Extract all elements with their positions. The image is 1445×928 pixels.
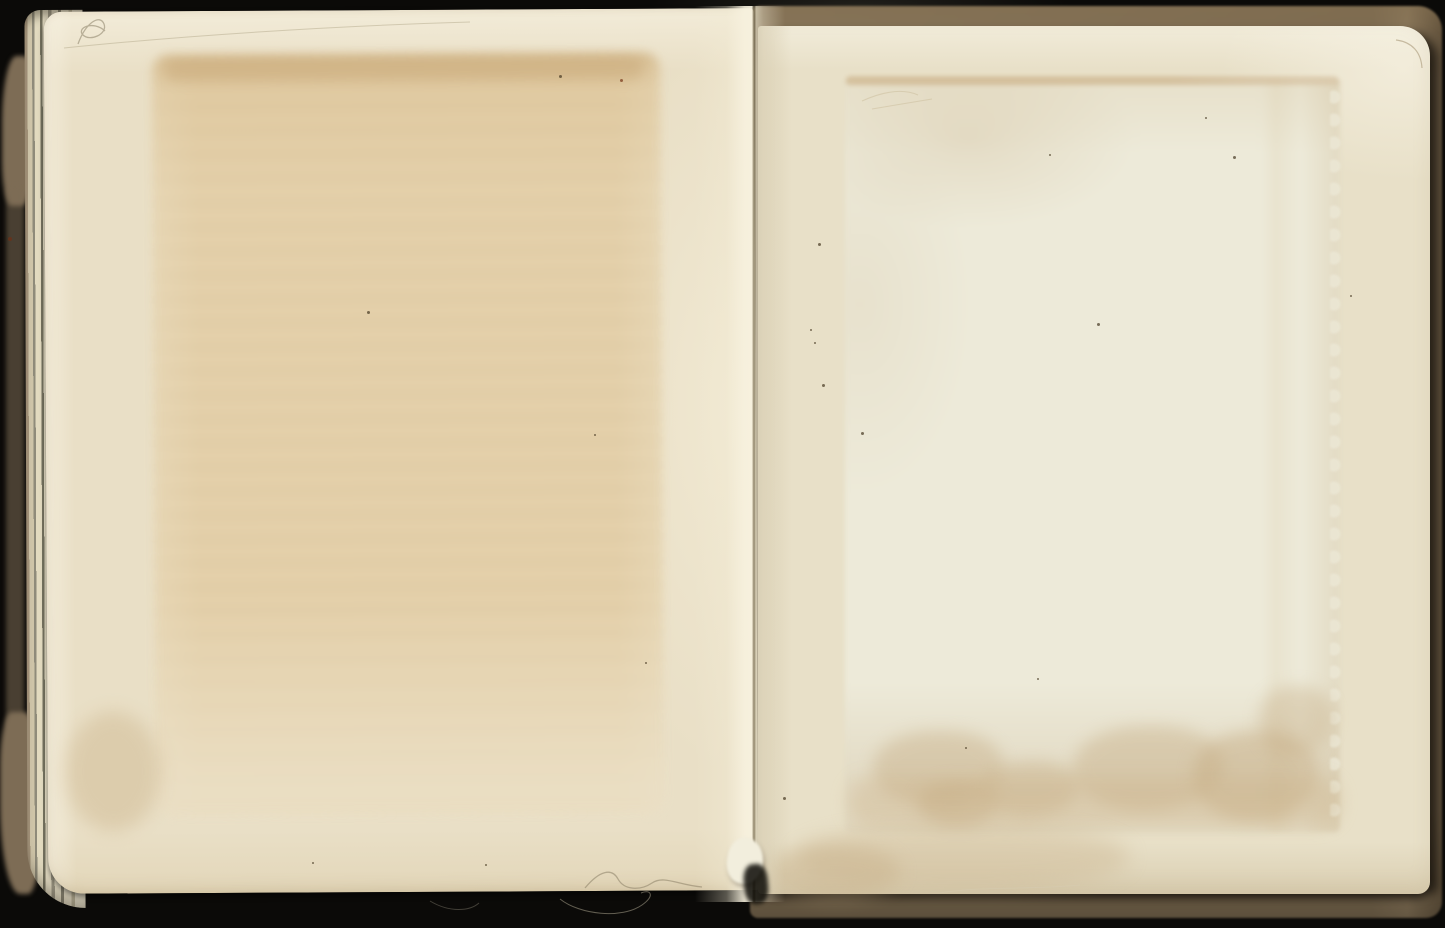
left-cover-edge-mid: [6, 185, 24, 730]
right-page-gutter-corner-stain: [770, 844, 900, 899]
left-page-stain: [152, 53, 664, 816]
ghost-top-edge-band: [846, 76, 1338, 85]
left-album-page: [44, 8, 759, 894]
left-page-corner-stain: [65, 711, 161, 831]
loose-fiber-1: [560, 892, 650, 914]
loose-fiber-2: [430, 901, 479, 910]
ghost-bottom-stain-band: [848, 778, 1340, 826]
left-page-stain-top-band: [164, 57, 644, 82]
right-album-page: [758, 26, 1430, 894]
gutter-crease-line: [753, 8, 755, 892]
photo-backdrop: [0, 0, 1445, 928]
